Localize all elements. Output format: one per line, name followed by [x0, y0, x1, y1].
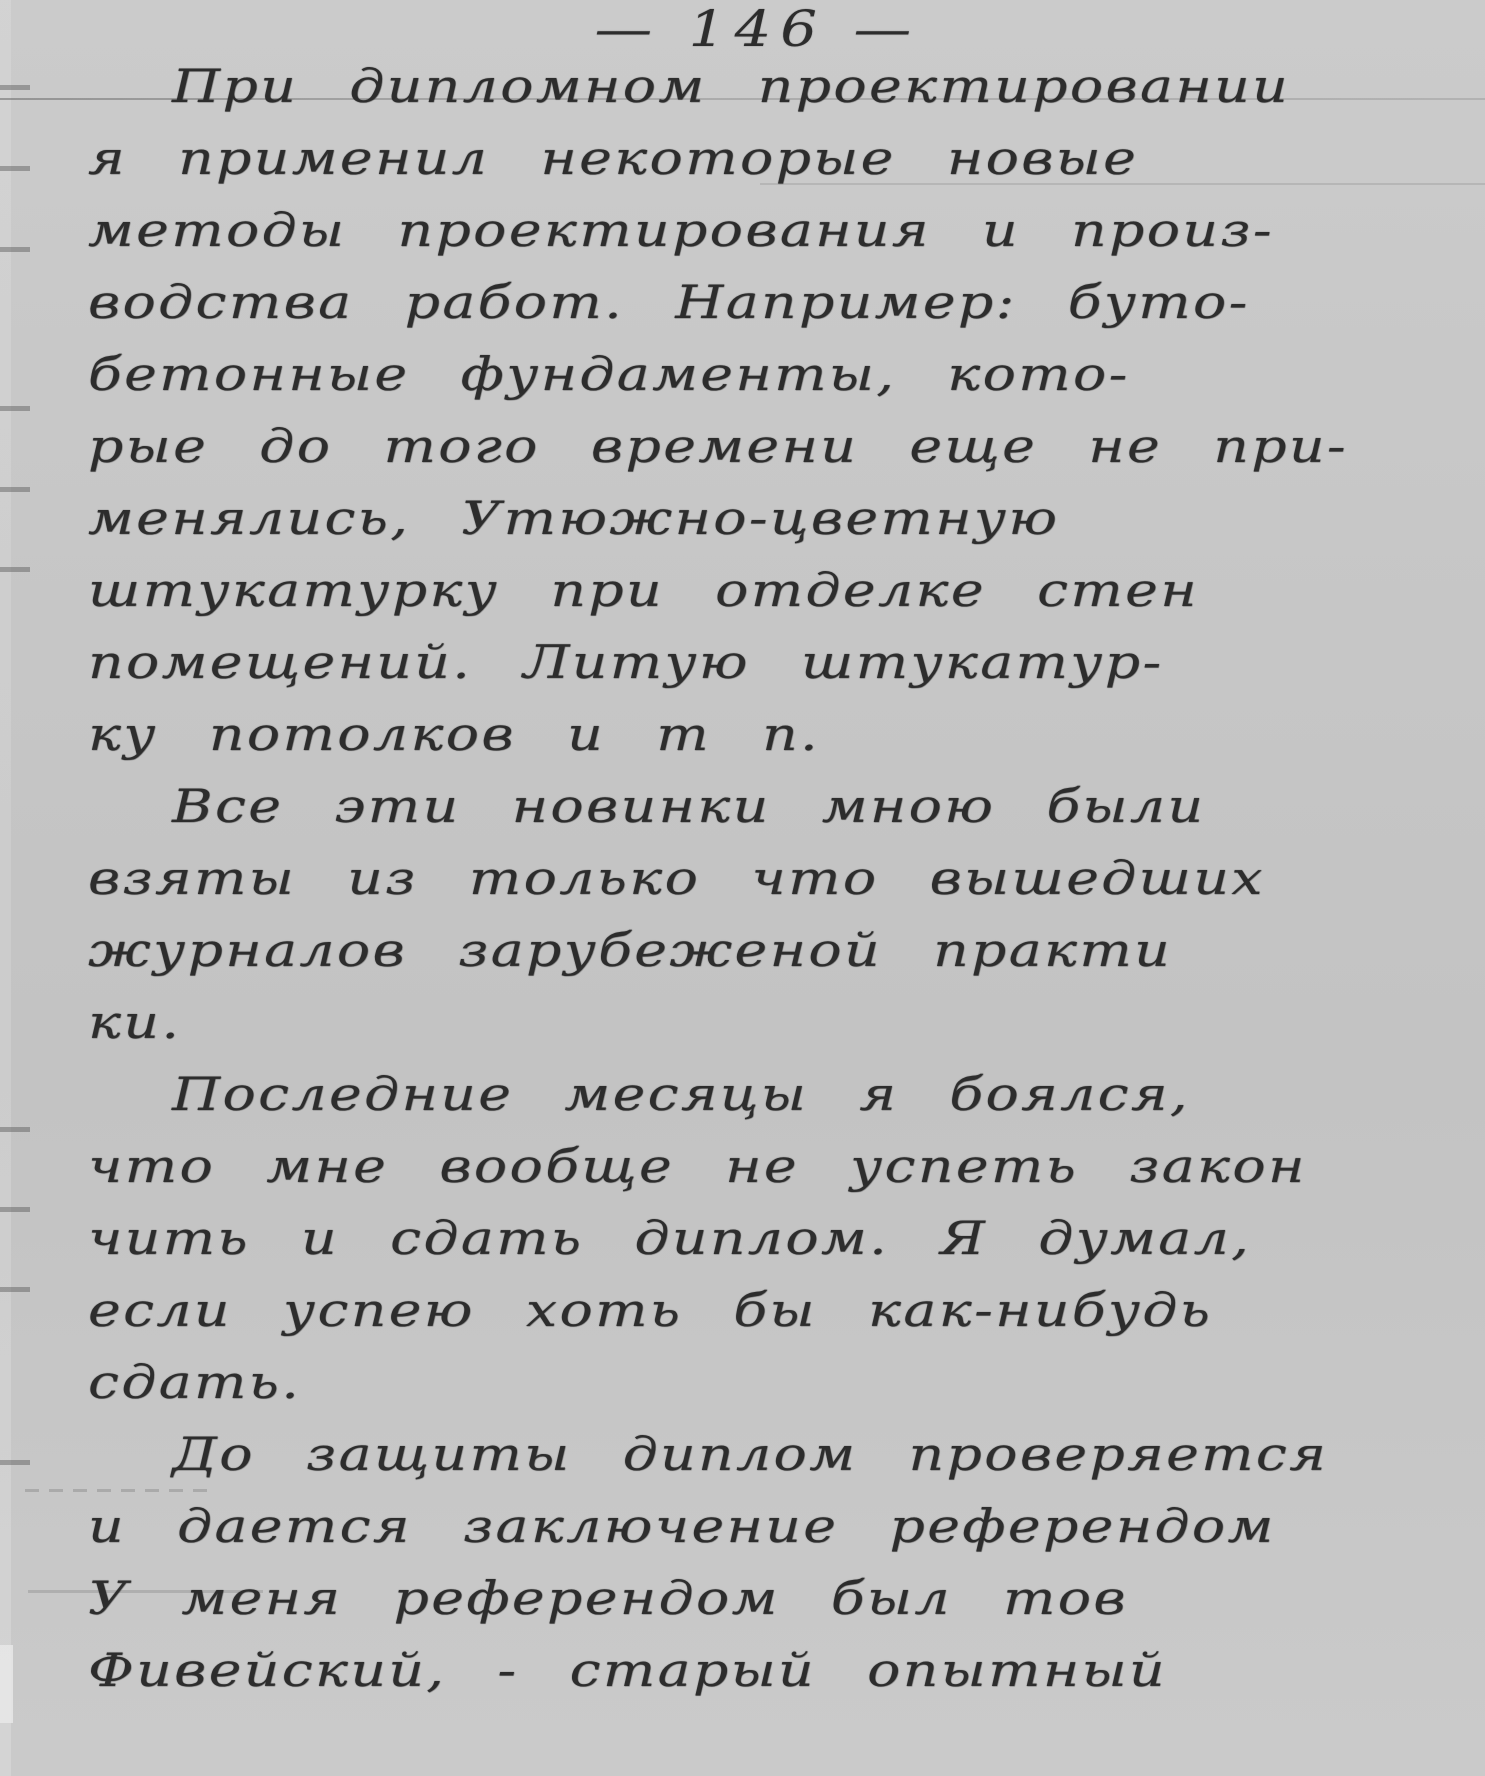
manuscript-line: если успею хоть бы как-нибудь: [88, 1276, 1348, 1348]
manuscript-line: До защиты диплом проверяется: [88, 1420, 1348, 1492]
manuscript-line: штукатурку при отделке стен: [88, 556, 1348, 628]
manuscript-line: методы проектирования и произ-: [88, 196, 1348, 268]
manuscript-line: Все эти новинки мною были: [88, 772, 1348, 844]
manuscript-line: журналов зарубеженой практи: [88, 916, 1348, 988]
scan-mark: [0, 1127, 30, 1132]
manuscript-line: чить и сдать диплом. Я думал,: [88, 1204, 1348, 1276]
manuscript-line: рые до того времени еще не при-: [88, 412, 1348, 484]
manuscript-line: помещений. Литую штукатур-: [88, 628, 1348, 700]
manuscript-line: У меня референдом был тов: [88, 1564, 1348, 1636]
scan-mark: [0, 567, 30, 572]
manuscript-line: взяты из только что вышедших: [88, 844, 1348, 916]
scan-mark: [0, 166, 30, 171]
manuscript-line: водства работ. Например: буто-: [88, 268, 1348, 340]
manuscript-line: ки.: [88, 988, 1348, 1060]
manuscript-line: сдать.: [88, 1348, 1348, 1420]
manuscript-page: — 146 — При дипломном проектированиия пр…: [0, 0, 1485, 1776]
scan-mark: [0, 1207, 30, 1212]
manuscript-line: что мне вообще не успеть закон: [88, 1132, 1348, 1204]
scan-mark: [0, 1287, 30, 1292]
scan-mark: [0, 85, 30, 90]
manuscript-line: менялись, Утюжно-цветную: [88, 484, 1348, 556]
manuscript-line: При дипломном проектировании: [88, 52, 1348, 124]
scan-edge-light-strip: [0, 0, 11, 1776]
manuscript-line: Последние месяцы я боялся,: [88, 1060, 1348, 1132]
scan-mark: [0, 1460, 30, 1465]
manuscript-line: и дается заключение референдом: [88, 1492, 1348, 1564]
manuscript-line: ку потолков и т п.: [88, 700, 1348, 772]
manuscript-text: При дипломном проектированиия применил н…: [88, 52, 1348, 1708]
scan-mark: [0, 247, 30, 252]
scan-edge-patch: [0, 1645, 13, 1723]
manuscript-line: бетонные фундаменты, кото-: [88, 340, 1348, 412]
manuscript-line: я применил некоторые новые: [88, 124, 1348, 196]
scan-mark: [0, 487, 30, 492]
page-number: — 146 —: [470, 0, 1045, 58]
scan-mark: [0, 406, 30, 411]
manuscript-line: Фивейский, - старый опытный: [88, 1636, 1348, 1708]
